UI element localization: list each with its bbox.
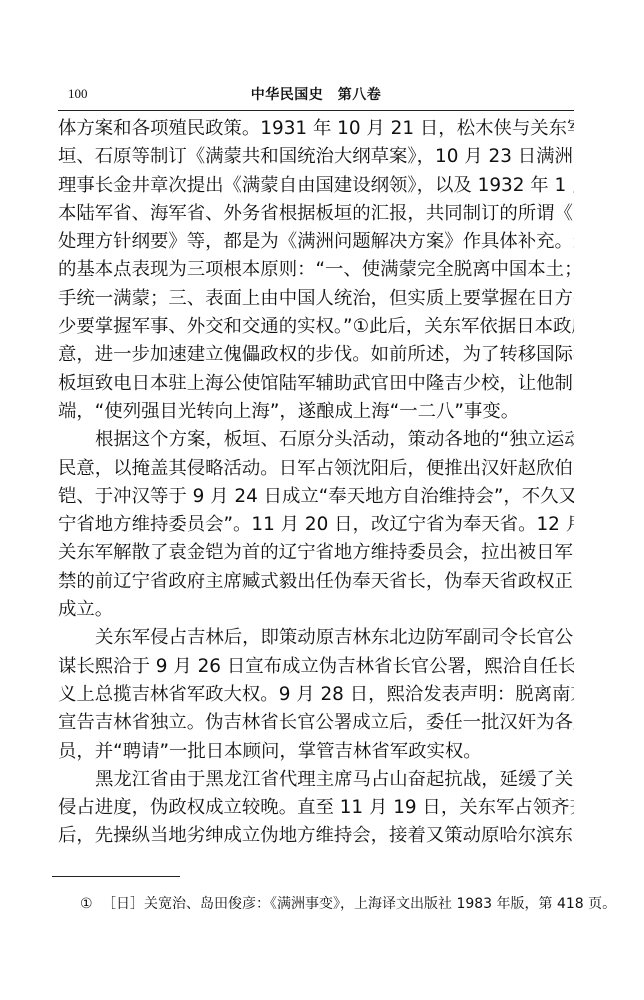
footnote-rule bbox=[52, 876, 180, 877]
text-line: 的基本点表现为三项根本原则：“一、使满蒙完全脱离中国本土；二、一 bbox=[58, 256, 574, 284]
footnote-text: ［日］关宽治、岛田俊彦：《满洲事变》，上海译文出版社 1983 年版，第 418… bbox=[102, 896, 616, 912]
text-line: 员，并“聘请”一批日本顾问，掌管吉林省军政实权。 bbox=[58, 738, 574, 766]
text-line: 本陆军省、海军省、外务省根据板垣的汇报，共同制订的所谓《中国问题 bbox=[58, 200, 574, 228]
text-line: 后，先操纵当地劣绅成立伪地方维持会，接着又策动原哈尔滨东省特区 bbox=[58, 822, 574, 850]
text-line: 宣告吉林省独立。伪吉林省长官公署成立后，委任一批汉奸为各厅官 bbox=[58, 709, 574, 737]
text-line: 端，“使列强目光转向上海”，遂酿成上海“一二八”事变。 bbox=[58, 398, 574, 426]
text-line: 谋长熙洽于 9 月 26 日宣布成立伪吉林省长官公署，熙洽自任长官，名 bbox=[58, 653, 574, 681]
header-rule bbox=[58, 110, 574, 111]
text-line: 黑龙江省由于黑龙江省代理主席马占山奋起抗战，延缓了关东军 bbox=[58, 766, 574, 794]
text-line: 意，进一步加速建立傀儡政权的步伐。如前所述，为了转移国际视听， bbox=[58, 341, 574, 369]
footnote-marker: ① bbox=[80, 894, 102, 914]
text-line: 手统一满蒙；三、表面上由中国人统治，但实质上要掌握在日方手里，至 bbox=[58, 285, 574, 313]
text-line: 成立。 bbox=[58, 596, 574, 624]
text-line: 关东军侵占吉林后，即策动原吉林东北边防军副司令长官公署参 bbox=[58, 624, 574, 652]
text-line: 禁的前辽宁省政府主席臧式毅出任伪奉天省长，伪奉天省政权正式 bbox=[58, 568, 574, 596]
text-line: 理事长金井章次提出《满蒙自由国建设纲领》，以及 1932 年 1 月 6 日日 bbox=[58, 172, 574, 200]
text-line: 板垣致电日本驻上海公使馆陆军辅助武官田中隆吉少校，让他制造事 bbox=[58, 370, 574, 398]
text-line: 处理方针纲要》等，都是为《满洲问题解决方案》作具体补充。这些方案 bbox=[58, 228, 574, 256]
text-line: 关东军解散了袁金铠为首的辽宁省地方维持委员会，拉出被日军软 bbox=[58, 539, 574, 567]
page-header: 100 中华民国史 第八卷 bbox=[58, 84, 574, 108]
footnote: ①［日］关宽治、岛田俊彦：《满洲事变》，上海译文出版社 1983 年版，第 41… bbox=[80, 894, 574, 914]
text-line: 民意，以掩盖其侵略活动。日军占领沈阳后，便推出汉奸赵欣伯、袁金 bbox=[58, 455, 574, 483]
text-line: 义上总揽吉林省军政大权。9 月 28 日，熙洽发表声明：脱离南京政府， bbox=[58, 681, 574, 709]
text-line: 垣、石原等制订《满蒙共和国统治大纲草案》，10 月 23 日满洲青年联盟 bbox=[58, 143, 574, 171]
text-line: 侵占进度，伪政权成立较晚。直至 11 月 19 日，关东军占领齐齐哈尔之 bbox=[58, 794, 574, 822]
text-line: 少要掌握军事、外交和交通的实权。”①此后，关东军依据日本政府的旨 bbox=[58, 313, 574, 341]
text-line: 体方案和各项殖民政策。1931 年 10 月 21 日，松木侠与关东军参谋板 bbox=[58, 115, 574, 143]
running-title: 中华民国史 第八卷 bbox=[58, 84, 574, 104]
body-text: 体方案和各项殖民政策。1931 年 10 月 21 日，松木侠与关东军参谋板垣、… bbox=[58, 115, 574, 851]
text-line: 根据这个方案，板垣、石原分头活动，策动各地的“独立运动”，假造 bbox=[58, 426, 574, 454]
text-line: 宁省地方维持委员会”。11 月 20 日，改辽宁省为奉天省。12 月 16 日， bbox=[58, 511, 574, 539]
text-line: 铠、于冲汉等于 9 月 24 日成立“奉天地方自治维持会”，不久又改称“辽 bbox=[58, 483, 574, 511]
